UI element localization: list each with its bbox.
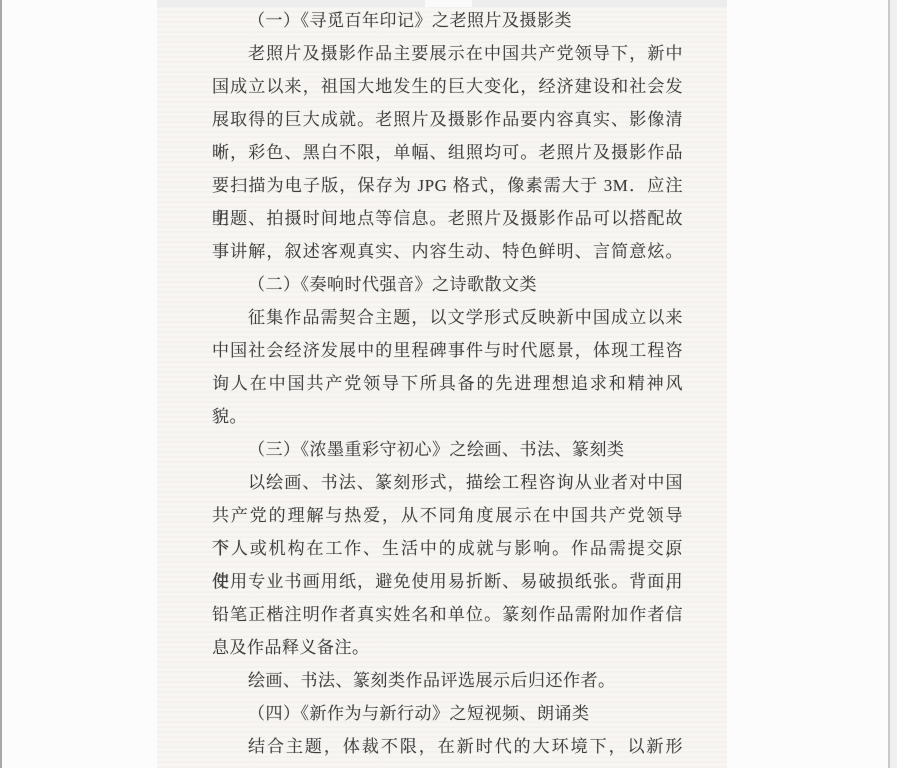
text-line: 铅笔正楷注明作者真实姓名和单位。篆刻作品需附加作者信 bbox=[212, 598, 683, 631]
text-line: 主题、拍摄时间地点等信息。老照片及摄影作品可以搭配故 bbox=[212, 202, 683, 235]
left-gutter bbox=[2, 0, 157, 768]
text-line: 征集作品需契合主题，以文学形式反映新中国成立以来 bbox=[212, 301, 683, 334]
text-line: 展取得的巨大成就。老照片及摄影作品要内容真实、影像清 bbox=[212, 103, 683, 136]
text-line: 绘画、书法、篆刻类作品评选展示后归还作者。 bbox=[212, 664, 683, 697]
scanned-document-page: （一）《寻觅百年印记》之老照片及摄影类老照片及摄影作品主要展示在中国共产党领导下… bbox=[157, 0, 727, 768]
text-line: 个人或机构在工作、生活中的成就与影响。作品需提交原件， bbox=[212, 532, 683, 565]
text-line: 国成立以来，祖国大地发生的巨大变化，经济建设和社会发 bbox=[212, 70, 683, 103]
page-gap-strip bbox=[157, 0, 727, 7]
text-line: 中国社会经济发展中的里程碑事件与时代愿景，体现工程咨 bbox=[212, 334, 683, 367]
scrollbar-gutter[interactable] bbox=[890, 0, 897, 768]
window-border bbox=[0, 0, 2, 768]
text-line: 晰，彩色、黑白不限，单幅、组照均可。老照片及摄影作品 bbox=[212, 136, 683, 169]
text-line: 貌。 bbox=[212, 400, 683, 433]
text-line: 结合主题，体裁不限，在新时代的大环境下，以新形式、 bbox=[212, 730, 683, 763]
right-gutter bbox=[727, 0, 888, 768]
text-line: （一）《寻觅百年印记》之老照片及摄影类 bbox=[212, 4, 683, 37]
text-line: 以绘画、书法、篆刻形式，描绘工程咨询从业者对中国 bbox=[212, 466, 683, 499]
text-line: 共产党的理解与热爱，从不同角度展示在中国共产党领导下， bbox=[212, 499, 683, 532]
page-gap-highlight bbox=[425, 0, 472, 7]
text-column: （一）《寻觅百年印记》之老照片及摄影类老照片及摄影作品主要展示在中国共产党领导下… bbox=[212, 4, 683, 763]
text-line: 要扫描为电子版，保存为 JPG 格式，像素需大于 3M．应注明 bbox=[212, 169, 683, 202]
text-line: 事讲解，叙述客观真实、内容生动、特色鲜明、言简意炫。 bbox=[212, 235, 683, 268]
text-line: 使用专业书画用纸，避免使用易折断、易破损纸张。背面用 bbox=[212, 565, 683, 598]
viewer-window: （一）《寻觅百年印记》之老照片及摄影类老照片及摄影作品主要展示在中国共产党领导下… bbox=[0, 0, 897, 768]
text-line: （四）《新作为与新行动》之短视频、朗诵类 bbox=[212, 697, 683, 730]
text-line: 息及作品释义备注。 bbox=[212, 631, 683, 664]
text-line: 老照片及摄影作品主要展示在中国共产党领导下，新中 bbox=[212, 37, 683, 70]
text-line: （三）《浓墨重彩守初心》之绘画、书法、篆刻类 bbox=[212, 433, 683, 466]
text-line: 询人在中国共产党领导下所具备的先进理想追求和精神风 bbox=[212, 367, 683, 400]
text-line: （二）《奏响时代强音》之诗歌散文类 bbox=[212, 268, 683, 301]
